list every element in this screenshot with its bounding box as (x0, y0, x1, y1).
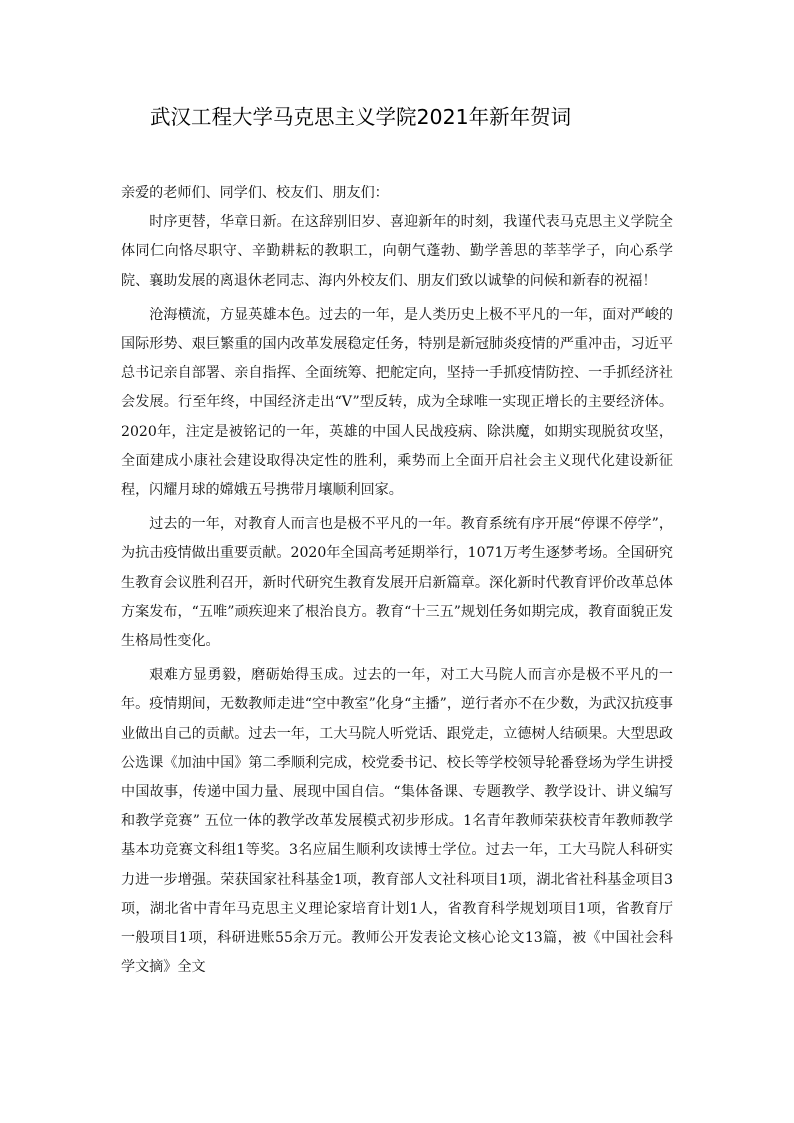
paragraph-school-achievements: 艰难方显勇毅，磨砺始得玉成。过去的一年，对工大马院人而言亦是极不平凡的一年。疫情… (121, 661, 673, 982)
document-body: 亲爱的老师们、同学们、校友们、朋友们： 时序更替，华章日新。在这辞别旧岁、喜迎新… (121, 179, 673, 982)
salutation: 亲爱的老师们、同学们、校友们、朋友们： (121, 179, 673, 208)
paragraph-national-review: 沧海横流，方显英雄本色。过去的一年，是人类历史上极不平凡的一年，面对严峻的国际形… (121, 301, 673, 505)
paragraph-greeting: 时序更替，华章日新。在这辞别旧岁、喜迎新年的时刻，我谨代表马克思主义学院全体同仁… (121, 208, 673, 296)
document-title: 武汉工程大学马克思主义学院2021年新年贺词 (150, 103, 710, 131)
document-page: 武汉工程大学马克思主义学院2021年新年贺词 亲爱的老师们、同学们、校友们、朋友… (0, 0, 794, 1123)
paragraph-education-review: 过去的一年，对教育人而言也是极不平凡的一年。教育系统有序开展“停课不停学”，为抗… (121, 510, 673, 656)
